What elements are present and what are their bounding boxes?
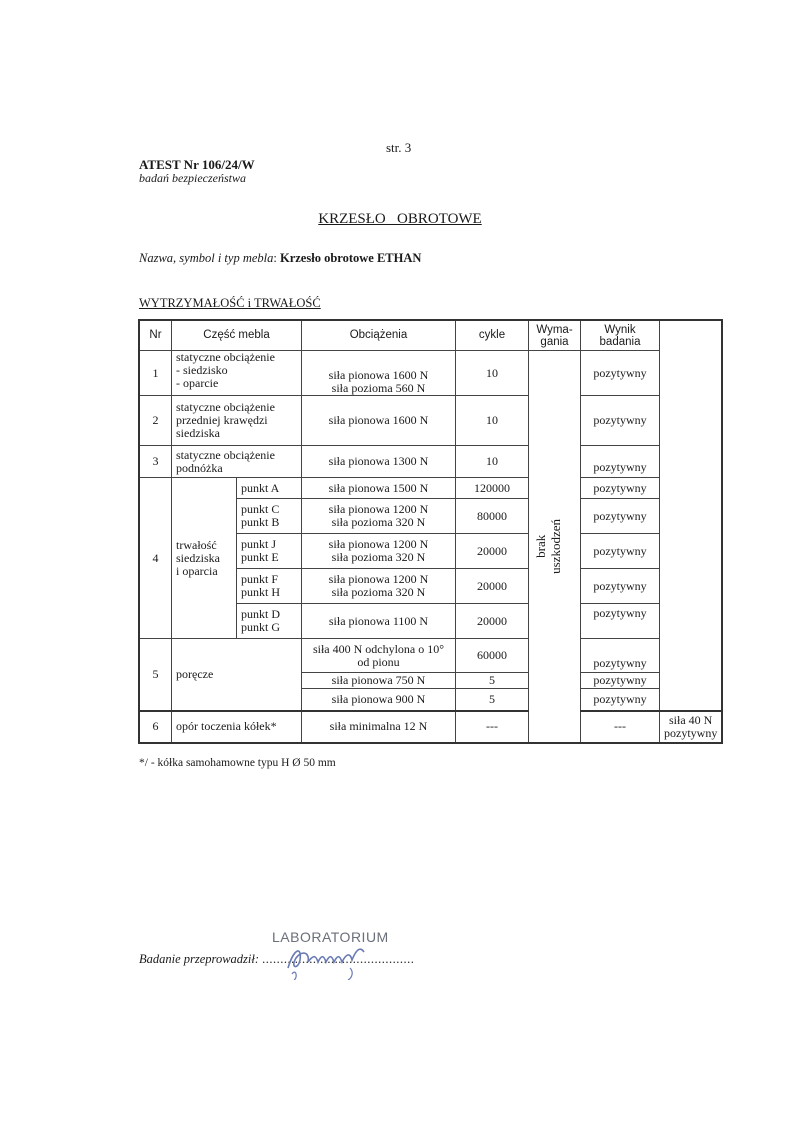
cell-load: siła pionowa 1600 N	[302, 396, 456, 446]
cell-result: pozytywny	[581, 604, 660, 639]
cell-load: siła pionowa 1200 N siła pozioma 320 N	[302, 499, 456, 534]
signature-label: Badanie przeprowadził:	[139, 952, 262, 966]
cell-load: siła pionowa 1500 N	[302, 478, 456, 499]
cell-point: punkt A	[237, 478, 302, 499]
cell-load: siła minimalna 12 N	[302, 711, 456, 743]
cell-load: siła pionowa 1200 N siła pozioma 320 N	[302, 534, 456, 569]
cell-result: pozytywny	[581, 534, 660, 569]
furniture-name-label: Nazwa, symbol i typ mebla	[139, 251, 273, 265]
results-table: Nr Część mebla Obciążenia cykle Wyma- ga…	[139, 320, 722, 743]
cell-result: pozytywny	[581, 351, 660, 396]
cell-load: siła 400 N odchylona o 10° od pionu	[302, 639, 456, 673]
section-heading: WYTRZYMAŁOŚĆ i TRWAŁOŚĆ	[139, 296, 321, 311]
cell-nr: 2	[140, 396, 172, 446]
cell-part: statyczne obciążenie przedniej krawędzi …	[172, 396, 302, 446]
cell-requirements: ---	[581, 711, 660, 743]
cell-result: pozytywny	[581, 689, 660, 711]
cell-cycles: 5	[456, 689, 529, 711]
cell-cycles: 20000	[456, 534, 529, 569]
table-row: 2 statyczne obciążenie przedniej krawędz…	[140, 396, 722, 446]
handwritten-signature-icon	[280, 938, 380, 980]
document-title: KRZESŁO OBROTOWE	[0, 211, 800, 228]
cell-cycles: 10	[456, 351, 529, 396]
cell-result: pozytywny	[581, 478, 660, 499]
furniture-name-value: Krzesło obrotowe ETHAN	[280, 251, 421, 265]
cell-point: punkt D punkt G	[237, 604, 302, 639]
cell-result: siła 40 N pozytywny	[660, 711, 722, 743]
cell-result: pozytywny	[581, 446, 660, 478]
table-header-row: Nr Część mebla Obciążenia cykle Wyma- ga…	[140, 321, 722, 351]
footnote: */ - kółka samohamowne typu H Ø 50 mm	[139, 757, 336, 769]
cell-result: pozytywny	[581, 499, 660, 534]
cell-result: pozytywny	[581, 673, 660, 689]
table-row: 5 poręcze siła 400 N odchylona o 10° od …	[140, 639, 722, 673]
document-title-text: KRZESŁO OBROTOWE	[318, 211, 481, 227]
cell-result: pozytywny	[581, 396, 660, 446]
cell-point: punkt F punkt H	[237, 569, 302, 604]
cell-nr: 4	[140, 478, 172, 639]
cell-cycles: 5	[456, 673, 529, 689]
furniture-name-line: Nazwa, symbol i typ mebla: Krzesło obrot…	[139, 251, 421, 266]
cell-cycles: ---	[456, 711, 529, 743]
cell-nr: 5	[140, 639, 172, 711]
cell-result: pozytywny	[581, 639, 660, 673]
cell-cycles: 120000	[456, 478, 529, 499]
header-part: Część mebla	[172, 321, 302, 351]
cell-part: statyczne obciążenie podnóżka	[172, 446, 302, 478]
cell-load: siła pionowa 1300 N	[302, 446, 456, 478]
cell-point: punkt C punkt B	[237, 499, 302, 534]
document-subtitle: badań bezpieczeństwa	[139, 171, 246, 186]
page-number: str. 3	[386, 140, 411, 156]
cell-point: punkt J punkt E	[237, 534, 302, 569]
furniture-name-separator: :	[273, 251, 280, 265]
cell-load: siła pionowa 1100 N	[302, 604, 456, 639]
cell-cycles: 10	[456, 446, 529, 478]
header-nr: Nr	[140, 321, 172, 351]
header-cycles: cykle	[456, 321, 529, 351]
cell-load: siła pionowa 1200 N siła pozioma 320 N	[302, 569, 456, 604]
table-row: 3 statyczne obciążenie podnóżka siła pio…	[140, 446, 722, 478]
cell-nr: 1	[140, 351, 172, 396]
cell-requirements-merged: brak uszkodzeń	[529, 351, 581, 743]
header-result: Wynik badania	[581, 321, 660, 351]
cell-cycles: 20000	[456, 604, 529, 639]
table-row: 6 opór toczenia kółek* siła minimalna 12…	[140, 711, 722, 743]
cell-nr: 3	[140, 446, 172, 478]
cell-cycles: 60000	[456, 639, 529, 673]
cell-part: statyczne obciążenie - siedzisko - oparc…	[172, 351, 302, 396]
table-row: 4 trwałość siedziska i oparcia punkt A s…	[140, 478, 722, 499]
table-row: 1 statyczne obciążenie - siedzisko - opa…	[140, 351, 722, 396]
cell-nr: 6	[140, 711, 172, 743]
cell-cycles: 80000	[456, 499, 529, 534]
header-loads: Obciążenia	[302, 321, 456, 351]
cell-load: siła pionowa 900 N	[302, 689, 456, 711]
cell-cycles: 10	[456, 396, 529, 446]
cell-part: poręcze	[172, 639, 302, 711]
cell-part: opór toczenia kółek*	[172, 711, 302, 743]
cell-result: pozytywny	[581, 569, 660, 604]
cell-load: siła pionowa 750 N	[302, 673, 456, 689]
header-requirements: Wyma- gania	[529, 321, 581, 351]
requirements-text: brak uszkodzeń	[533, 519, 563, 574]
cell-cycles: 20000	[456, 569, 529, 604]
cell-load: siła pionowa 1600 N siła pozioma 560 N	[302, 351, 456, 396]
cell-part: trwałość siedziska i oparcia	[172, 478, 237, 639]
